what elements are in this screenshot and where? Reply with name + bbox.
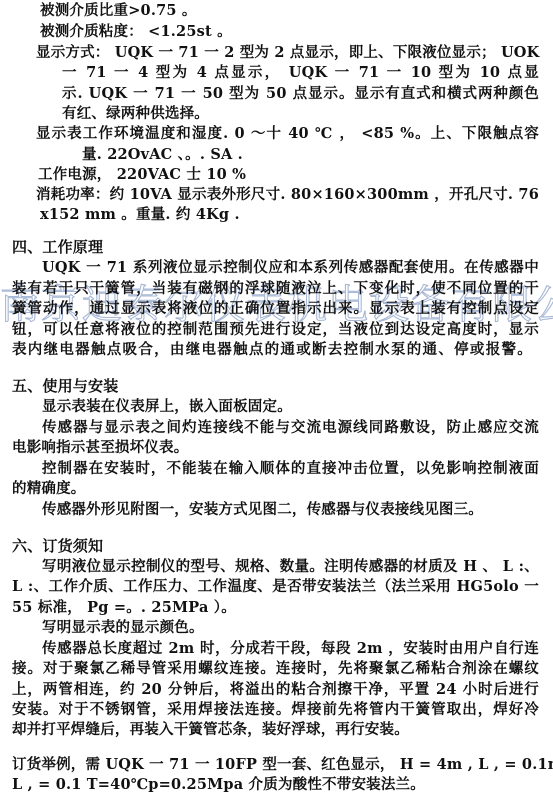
paragraph-line: L :、工作介质、工作压力、工作温度、是否带安装法兰（法兰采用 HG5olo 一 xyxy=(12,577,539,597)
paragraph-line: 传感器外形见附图一，安装方式见图二，传感器与仪表接线见图三。 xyxy=(42,500,483,520)
paragraph-line: 安装。对于不锈钢管，采用焊接法连接。焊接前先将管内干簧管取出，焊好冷 xyxy=(12,700,539,720)
spec-display-mode-cont: 有红、绿两种供选择。 xyxy=(62,104,209,124)
spec-environment: 显示表工作环境温度和湿度. 0 ～十 40 ℃ ， <85 %。上、下限触点容 xyxy=(36,124,539,144)
paragraph-line: 显示表装在仪表屏上，嵌入面板固定。 xyxy=(42,397,292,417)
paragraph-line: 的精确度。 xyxy=(12,479,86,499)
paragraph-line: 55 标准， Pg =。. 25MPa ）。 xyxy=(12,598,236,618)
paragraph-line: 表内继电器触点吸合，由继电器触点的通或断去控制水泵的通、停或报警。 xyxy=(12,340,532,360)
order-example: 订货举例，需 UQK 一 71 一 10FP 型一套、红色显示， H = 4m … xyxy=(12,755,539,775)
spec-power-consumption: 消耗功率：约 10VA 显示表外形尺寸. 80×160×300mm ，开孔尺寸.… xyxy=(36,185,539,205)
spec-cutout-weight: x152 mm 。重量. 约 4Kg . xyxy=(40,205,240,225)
spec-density: 被测介质比重>0.75 。 xyxy=(40,1,197,21)
section-title-working-principle: 四、工作原理 xyxy=(12,237,103,257)
paragraph-line: 却并打平焊缝后，再装入干簧管芯条，装好浮球，再行安装。 xyxy=(12,720,409,740)
paragraph-line: 钮，可以任意将液位的控制范围预先进行设定，当液位到达设定高度时，显示 xyxy=(12,320,539,340)
paragraph-line: 装有若干只干簧管，当装有磁钢的浮球随液泣上、下变化时，使不同位置的干 xyxy=(12,279,539,299)
paragraph-line: 电影响指示甚至损坏仪表。 xyxy=(12,438,188,458)
spec-display-mode-cont: 示. UQK 一 71 一 50 型为 50 点显示。显示有直式和横式两种颜色 xyxy=(62,84,539,104)
paragraph-line: 写明液位显示控制仪的型号、规格、数量。注明传感器的材质及 H 、 L :、 xyxy=(42,557,539,577)
paragraph-line: 接。对于聚氯乙稀导管采用螺纹连接。连接时，先将聚氯乙稀粘合剂涂在螺纹 xyxy=(12,659,539,679)
paragraph-line: 传感器与显示表之间灼连接线不能与交流电源线同路敷设，防止感应交流 xyxy=(42,418,539,438)
spec-display-mode: 显示方式： UQK 一 71 一 2 型为 2 点显示，即上、下限液位显示； U… xyxy=(36,43,539,63)
paragraph-line: UQK 一 71 系列液位显示控制仪应和本系列传感器配套使用。在传感器中 xyxy=(42,258,539,278)
paragraph-line: 写明显示表的显示颜色。 xyxy=(42,618,204,638)
paragraph-line: 上，两管相连，约 20 分钟后，将溢出的粘合剂擦干净，平置 24 小时后进行 xyxy=(12,680,539,700)
section-title-ordering-notes: 六、订货须知 xyxy=(12,536,103,556)
paragraph-line: 传感器总长度超过 2m 时，分成若干段，每段 2m ，安装时由用户自行连 xyxy=(42,639,539,659)
spec-display-mode-cont: 一 71 一 4 型为 4 点显示， UQK 一 71 一 10 型为 10 点… xyxy=(62,63,539,83)
spec-contact-capacity: 量. 22OvAC 、。. SA . xyxy=(82,145,243,165)
paragraph-line: 簧管动作，通过显示表将液位的正确位置指示出来。显示表上装有控制点设定 xyxy=(12,299,539,319)
paragraph-line: 控制器在安装时，不能装在输入顺体的直接冲击位置，以免影响控制液面 xyxy=(42,459,539,479)
section-title-usage-installation: 五、使用与安装 xyxy=(12,376,118,396)
spec-power-supply: 工作电源， 220VAC 士 10 % xyxy=(38,165,246,185)
order-example-cont: L , = 0.1 T=40℃p=0.25Mpa 介质为酸性不带安装法兰。 xyxy=(12,775,425,792)
spec-viscosity: 被测介质粘度： <1.25st 。 xyxy=(40,22,232,42)
